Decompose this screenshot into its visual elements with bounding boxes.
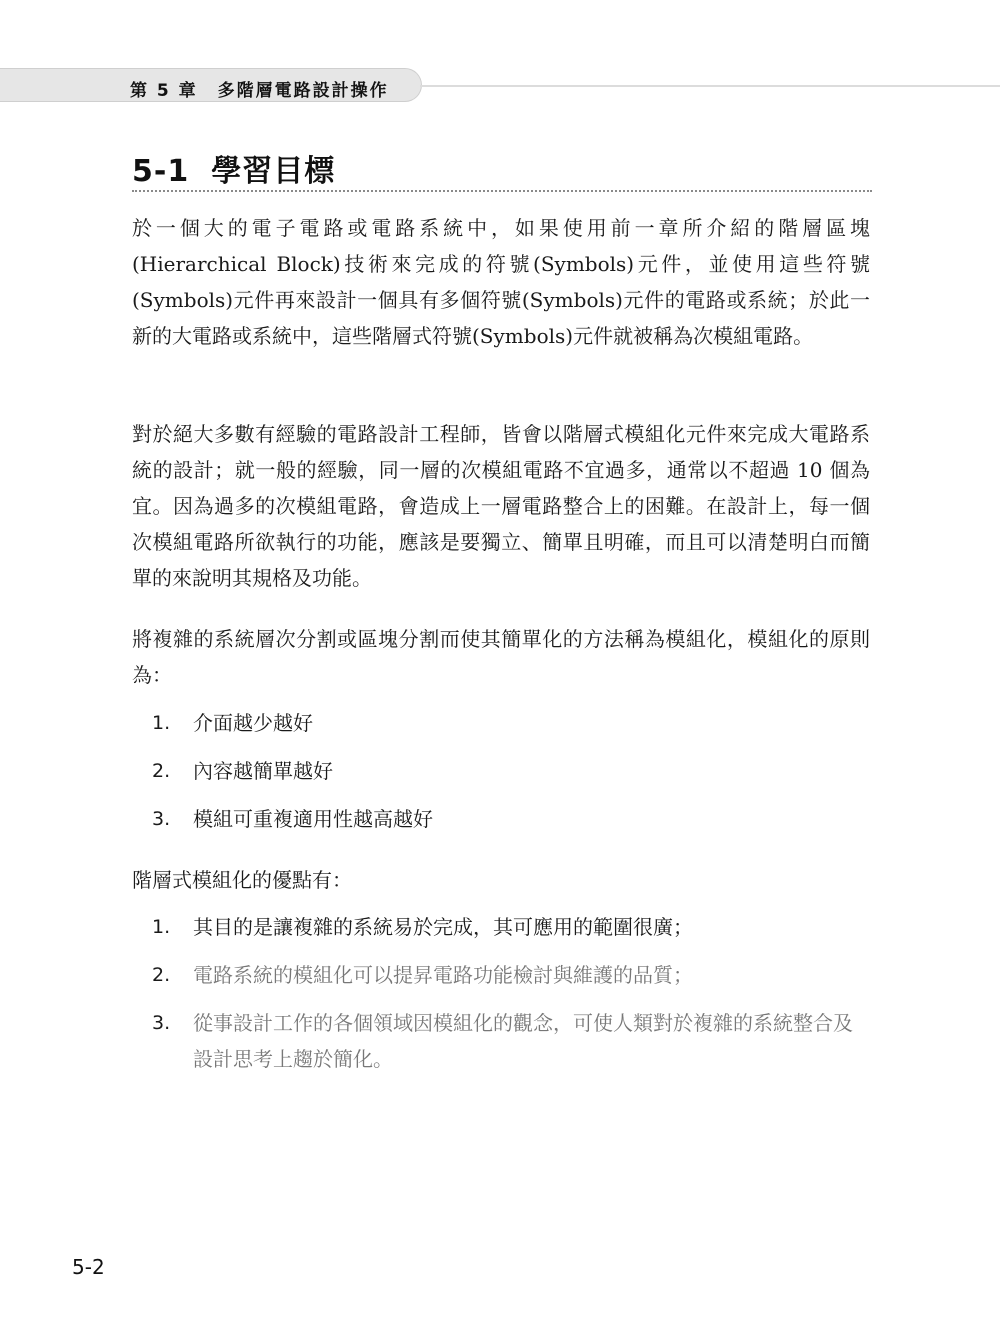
list-text: 內容越簡單越好	[193, 753, 870, 789]
principle-item: 1. 介面越少越好	[152, 705, 870, 741]
list-text: 模組可重複適用性越高越好	[193, 801, 870, 837]
advantage-item: 3. 從事設計工作的各個領域因模組化的觀念，可使人類對於複雜的系統整合及設計思考…	[152, 1005, 870, 1077]
chapter-title: 多階層電路設計操作	[218, 81, 389, 101]
section-heading: 5-1學習目標	[132, 146, 335, 190]
list-number: 3.	[152, 1005, 170, 1041]
list-text: 其目的是讓複雜的系統易於完成，其可應用的範圍很廣；	[193, 909, 870, 945]
section-divider	[132, 190, 872, 192]
advantage-item: 2. 電路系統的模組化可以提昇電路功能檢討與維護的品質；	[152, 957, 870, 993]
paragraph-intro: 於一個大的電子電路或電路系統中，如果使用前一章所介紹的階層區塊(Hierarch…	[132, 210, 870, 354]
section-title: 學習目標	[211, 154, 335, 189]
section-number: 5-1	[132, 154, 189, 189]
page-number: 5-2	[72, 1255, 105, 1279]
paragraph-modularization: 將複雜的系統層次分割或區塊分割而使其簡單化的方法稱為模組化，模組化的原則為：	[132, 621, 870, 693]
list-text: 從事設計工作的各個領域因模組化的觀念，可使人類對於複雜的系統整合及設計思考上趨於…	[193, 1005, 870, 1077]
principle-item: 3. 模組可重複適用性越高越好	[152, 801, 870, 837]
list-number: 2.	[152, 957, 170, 993]
principle-item: 2. 內容越簡單越好	[152, 753, 870, 789]
list-text: 介面越少越好	[193, 705, 870, 741]
list-number: 3.	[152, 801, 170, 837]
list-number: 1.	[152, 909, 170, 945]
list-number: 2.	[152, 753, 170, 789]
advantage-item: 1. 其目的是讓複雜的系統易於完成，其可應用的範圍很廣；	[152, 909, 870, 945]
chapter-header: 第 5 章多階層電路設計操作	[130, 76, 389, 101]
list-text: 電路系統的模組化可以提昇電路功能檢討與維護的品質；	[193, 957, 870, 993]
advantages-intro: 階層式模組化的優點有：	[132, 862, 870, 898]
header-rule	[420, 85, 1000, 87]
chapter-label: 第 5 章	[130, 81, 198, 101]
list-number: 1.	[152, 705, 170, 741]
paragraph-experience: 對於絕大多數有經驗的電路設計工程師，皆會以階層式模組化元件來完成大電路系統的設計…	[132, 416, 870, 596]
